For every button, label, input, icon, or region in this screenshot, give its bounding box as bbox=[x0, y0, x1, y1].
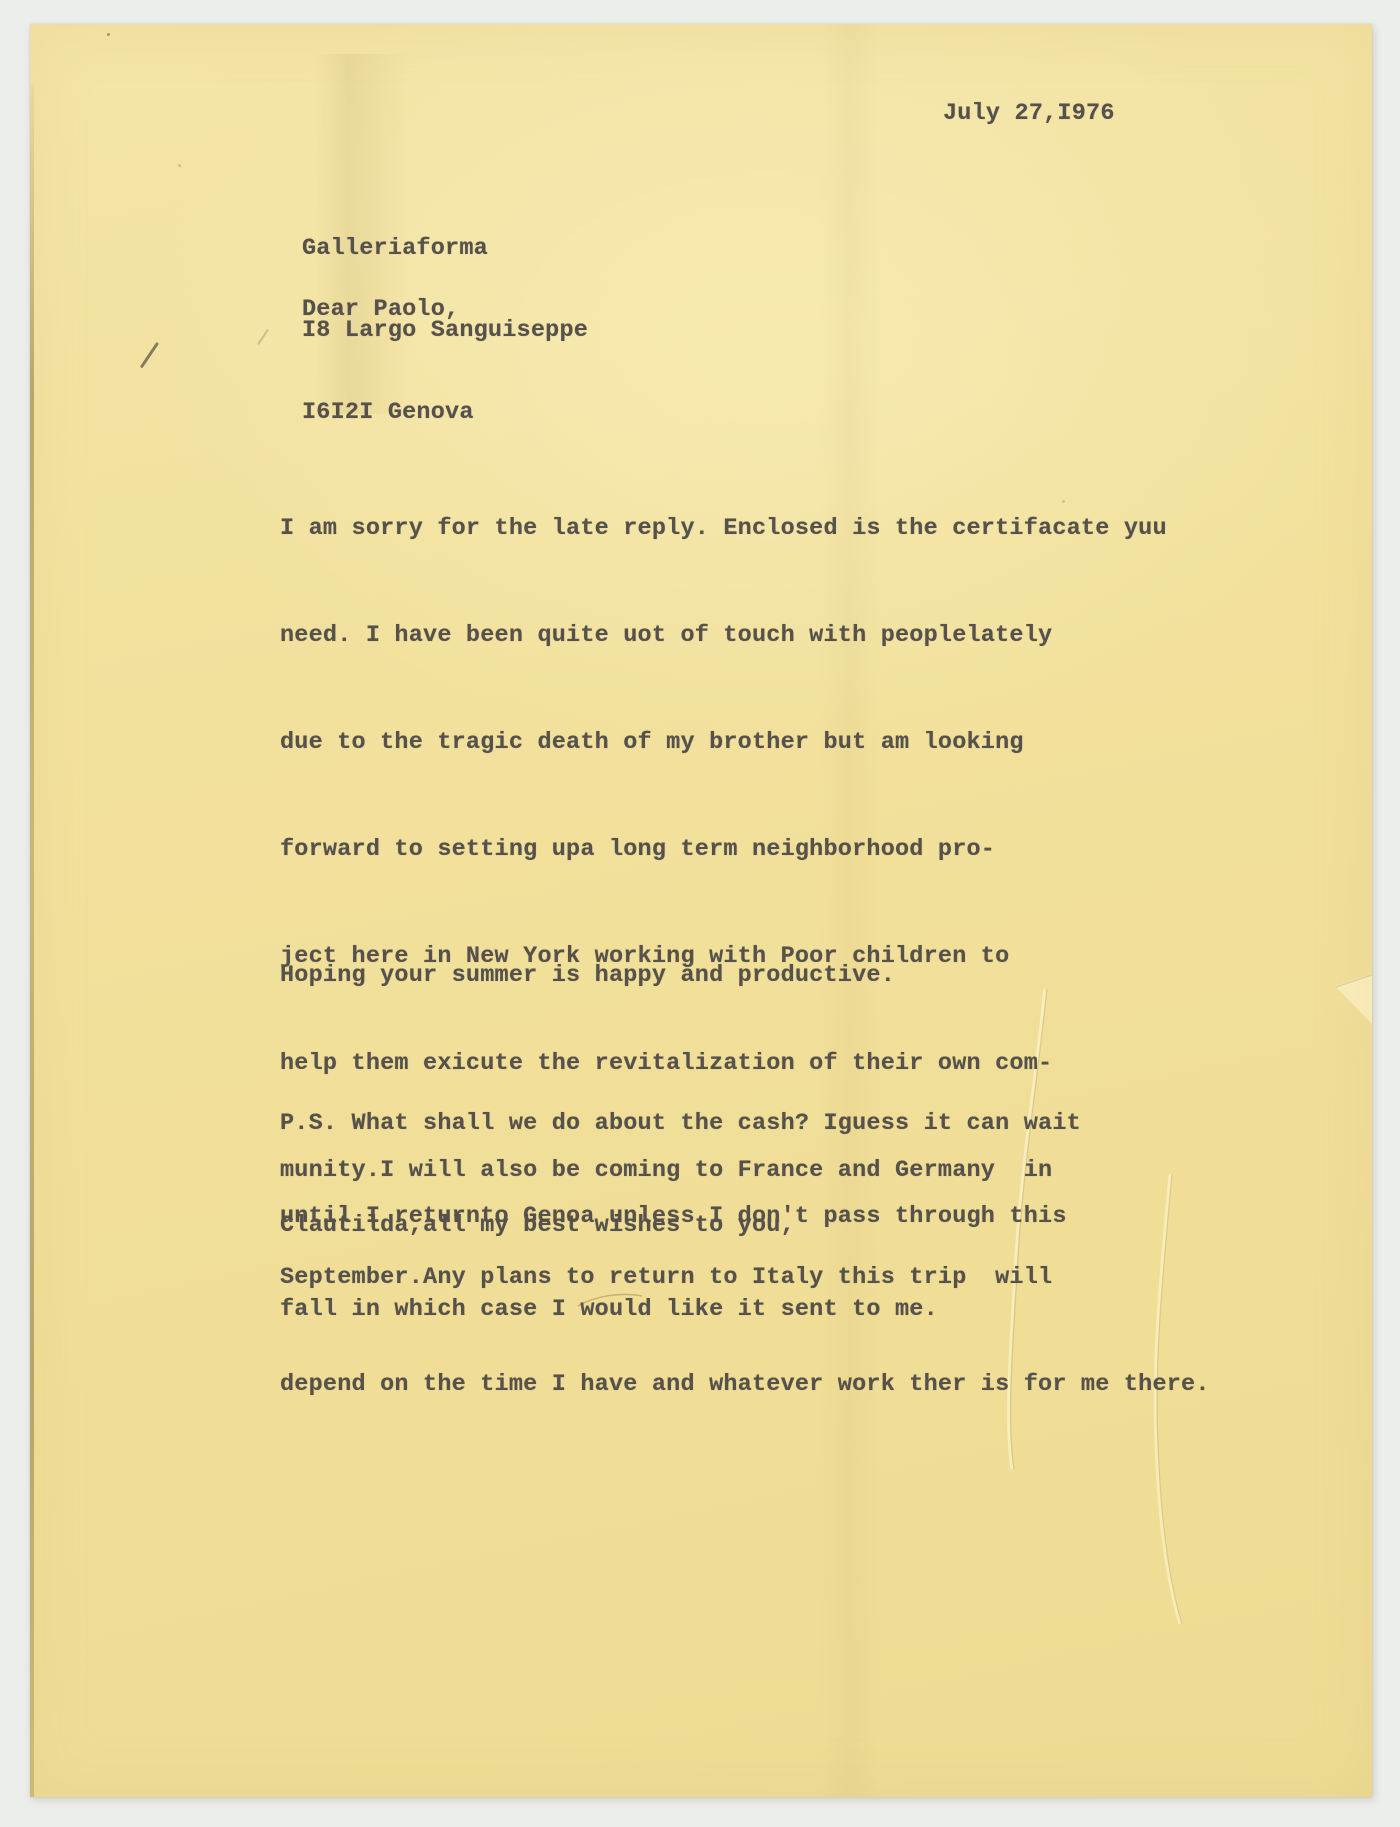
scan-background: { "letter": { "date": "July 27,I976", "r… bbox=[0, 0, 1400, 1827]
summer-line: Hoping your summer is happy and producti… bbox=[280, 962, 895, 989]
salutation: Dear Paolo, bbox=[302, 296, 459, 323]
ps-line: fall in which case I would like it sent … bbox=[280, 1290, 1081, 1329]
body-line: I am sorry for the late reply. Enclosed … bbox=[280, 502, 1210, 555]
pen-slash-mark bbox=[257, 329, 269, 345]
paper-speck bbox=[178, 164, 181, 167]
pen-slash-mark bbox=[140, 342, 159, 368]
date-line: July 27,I976 bbox=[943, 100, 1115, 127]
paper-edge-shadow bbox=[30, 84, 34, 1797]
paper-speck bbox=[107, 33, 110, 36]
body-line: due to the tragic death of my brother bu… bbox=[280, 716, 1210, 769]
letter-page: July 27,I976 Galleriaforma I8 Largo Sang… bbox=[30, 24, 1372, 1797]
body-line: forward to setting upa long term neighbo… bbox=[280, 823, 1210, 876]
recipient-block: Galleriaforma I8 Largo Sanguiseppe I6I2I… bbox=[302, 181, 588, 481]
signoff-line: Clautilda,all my best wishes to you, bbox=[280, 1212, 795, 1239]
recipient-name: Galleriaforma bbox=[302, 235, 588, 263]
recipient-address-line2: I6I2I Genova bbox=[302, 399, 588, 427]
ps-line: P.S. What shall we do about the cash? Ig… bbox=[280, 1104, 1081, 1143]
body-line: need. I have been quite uot of touch wit… bbox=[280, 609, 1210, 662]
